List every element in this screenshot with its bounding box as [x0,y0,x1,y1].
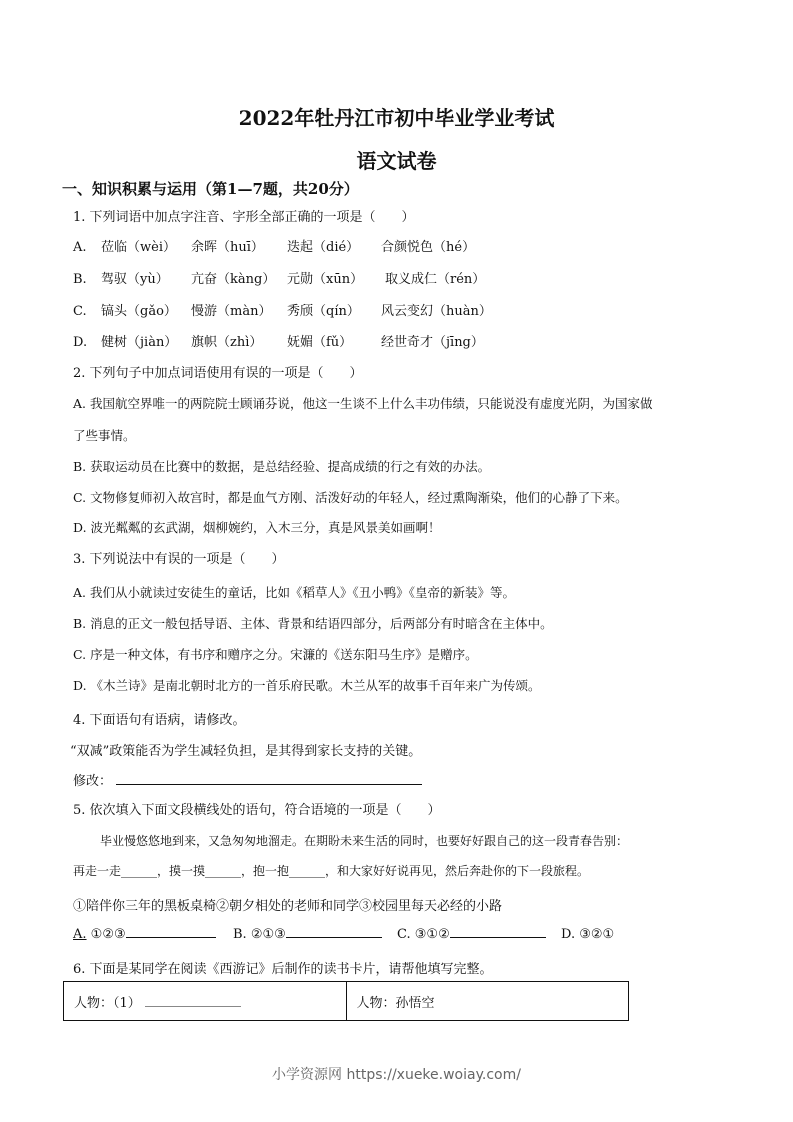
q3-option-d: D. 《木兰诗》是南北朝时北方的一首乐府民歌。木兰从军的故事千百年来广为传颂。 [73,676,541,694]
q5-stem: 5. 依次填入下面文段横线处的语句，符合语境的一项是（ ） [73,799,441,818]
card-cell-left: 人物：（1） [64,982,346,1020]
q5-option-d: D. ③②① [561,927,614,942]
option-blank [126,927,216,938]
section-heading: 一、知识积累与运用（第1—7题，共20分） [62,178,359,199]
q2-option-b: B. 获取运动员在比赛中的数据，是总结经验、提高成绩的行之有效的办法。 [73,457,490,475]
q2-stem: 2. 下列句子中加点词语使用有误的一项是（ ） [73,362,363,381]
option-item: 健树（jiàn） [101,331,191,350]
q1-option-a: A.莅临（wèi）余晖（huī）迭起（dié）合颜悦色（hé） [73,236,475,255]
option-item: 旗帜（zhì） [191,331,287,350]
option-item: 莅临（wèi） [101,236,191,255]
option-item: 元勋（xūn） [287,268,385,287]
option-item: 镐头（gǎo） [101,300,191,319]
q6-stem: 6. 下面是某同学在阅读《西游记》后制作的读书卡片，请帮他填写完整。 [73,958,493,977]
option-label: D. [561,927,575,942]
q4-sentence: “双减”政策能否为学生减轻负担，是其得到家长支持的关键。 [70,740,421,759]
option-item: 取义成仁（rén） [385,268,485,287]
q3-option-b: B. 消息的正文一般包括导语、主体、背景和结语四部分，后两部分有时暗含在主体中。 [73,614,553,632]
option-blank [286,927,382,938]
option-label: B. [73,272,101,287]
q2-option-a: A. 我国航空界唯一的两院院士顾诵芬说，他这一生谈不上什么丰功伟绩，只能说没有虚… [73,394,652,412]
q2-option-c: C. 文物修复师初入故宫时，都是血气方刚、活泼好动的年轻人，经过熏陶渐染，他们的… [73,488,628,506]
q5-passage-line1: 毕业慢悠悠地到来，又急匆匆地溜走。在期盼未来生活的同时，也要好好跟自己的这一段青… [100,832,628,849]
option-item: 妩媚（fǔ） [287,331,381,350]
option-label: A. [73,240,101,255]
exam-title: 2022年牡丹江市初中毕业学业考试 [0,102,793,131]
option-item: 经世奇才（jīng） [381,331,484,350]
q3-option-c: C. 序是一种文体，有书序和赠序之分。宋濂的《送东阳马生序》是赠序。 [73,645,478,663]
option-label: B. [233,927,247,942]
option-item: 亢奋（kàng） [191,268,287,287]
footer-watermark: 小学资源网 https://xueke.woiay.com/ [0,1064,793,1084]
option-item: 慢游（màn） [191,300,287,319]
option-item: 迭起（dié） [287,236,381,255]
q2-option-d: D. 波光粼粼的玄武湖，烟柳婉约，入木三分，真是风景美如画啊！ [73,518,441,536]
option-item: 合颜悦色（hé） [381,236,475,255]
q1-option-b: B.驾驭（yù）亢奋（kàng）元勋（xūn）取义成仁（rén） [73,268,485,287]
q5-option-a: A. ①②③ [73,927,233,942]
q1-stem: 1. 下列词语中加点字注音、字形全部正确的一项是（ ） [73,206,415,225]
option-label: D. [73,335,101,350]
answer-blank[interactable] [116,770,422,785]
q5-option-b: B. ②①③ [233,927,397,942]
option-value: ③②① [579,927,614,942]
option-label: C. [397,927,411,942]
q2-option-a-cont: 了些事情。 [73,426,136,444]
option-value: ②①③ [251,927,286,942]
option-item: 驾驭（yù） [101,268,191,287]
card-right-label: 人物：孙悟空 [357,996,435,1011]
option-value: ③①② [415,927,450,942]
card-blank-1[interactable] [145,996,241,1007]
option-label: A. [73,927,87,942]
q3-option-a: A. 我们从小就读过安徒生的童话，比如《稻草人》《丑小鸭》《皇帝的新装》等。 [73,583,515,601]
card-left-label: 人物：（1） [74,996,141,1011]
option-blank [450,927,546,938]
exam-subtitle: 语文试卷 [0,145,793,174]
card-cell-right: 人物：孙悟空 [346,982,629,1020]
option-value: ①②③ [91,927,126,942]
q5-choices: ①陪伴你三年的黑板桌椅②朝夕相处的老师和同学③校园里每天必经的小路 [73,895,502,914]
q5-options: A. ①②③B. ②①③C. ③①②D. ③②① [73,927,614,942]
option-label: C. [73,304,101,319]
q4-answer-row: 修改： [73,770,422,789]
answer-label: 修改： [73,774,112,789]
option-item: 余晖（huī） [191,236,287,255]
q5-passage-line2: 再走一走______，摸一摸______，抱一抱______，和大家好好说再见，… [73,862,589,879]
q1-option-c: C.镐头（gǎo）慢游（màn）秀颀（qín）风云变幻（huàn） [73,300,492,319]
q3-stem: 3. 下列说法中有误的一项是（ ） [73,548,285,567]
option-item: 风云变幻（huàn） [381,300,492,319]
reading-card-table: 人物：（1） 人物：孙悟空 [63,981,629,1021]
q1-option-d: D.健树（jiàn）旗帜（zhì）妩媚（fǔ）经世奇才（jīng） [73,331,484,350]
q4-stem: 4. 下面语句有语病，请修改。 [73,709,246,728]
q5-option-c: C. ③①② [397,927,561,942]
option-item: 秀颀（qín） [287,300,381,319]
